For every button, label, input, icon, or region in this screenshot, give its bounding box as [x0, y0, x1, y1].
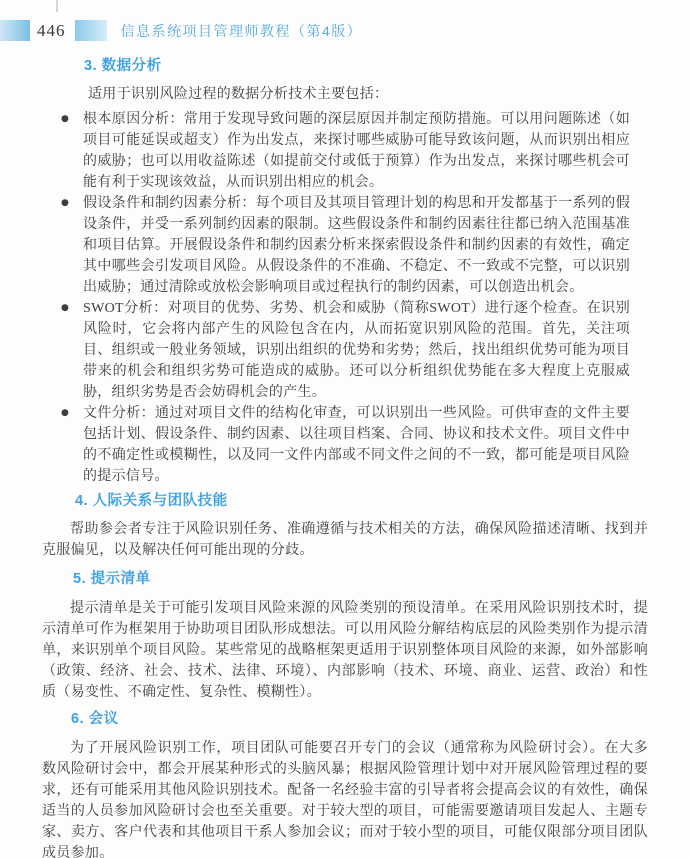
header-band-left — [0, 20, 30, 41]
bullet-icon: ● — [61, 403, 69, 424]
list-item-document-analysis: ● 文件分析：通过对项目文件的结构化审查，可以识别出一些风险。可供审查的文件主要… — [60, 403, 630, 487]
section-prompt-list: 5. 提示清单 提示清单是关于可能引发项目风险来源的风险类别的预设清单。在采用风… — [0, 569, 690, 703]
book-title: 信息系统项目管理师教程（第4版） — [121, 21, 363, 41]
meetings-paragraph: 为了开展风险识别工作，项目团队可能要召开专门的会议（通常称为风险研讨会）。在大多… — [42, 738, 648, 858]
page-header: 446 信息系统项目管理师教程（第4版） — [0, 20, 690, 41]
list-item-text: 假设条件和制约因素分析：每个项目及其项目管理计划的构思和开发都基于一系列的假设条… — [83, 196, 630, 295]
list-item-text: SWOT分析：对项目的优势、劣势、机会和威胁（简称SWOT）进行逐个检查。在识别… — [83, 301, 630, 400]
section-heading-meetings: 6. 会议 — [71, 709, 648, 730]
section-interpersonal-team-skills: 4. 人际关系与团队技能 帮助参会者专注于风险识别任务、准确遵循与技术相关的方法… — [0, 491, 690, 561]
section-heading-data-analysis: 3. 数据分析 — [84, 56, 630, 77]
list-item-text: 根本原因分析：常用于发现导致问题的深层原因并制定预防措施。可以用问题陈述（如项目… — [83, 112, 630, 190]
page-body: 3. 数据分析 适用于识别风险过程的数据分析技术主要包括： ● 根本原因分析：常… — [0, 56, 690, 858]
list-item-swot: ● SWOT分析：对项目的优势、劣势、机会和威胁（简称SWOT）进行逐个检查。在… — [60, 298, 630, 403]
data-analysis-list: ● 根本原因分析：常用于发现导致问题的深层原因并制定预防措施。可以用问题陈述（如… — [60, 109, 630, 487]
section-heading-prompt-list: 5. 提示清单 — [73, 569, 648, 590]
list-item-text: 文件分析：通过对项目文件的结构化审查，可以识别出一些风险。可供审查的文件主要包括… — [83, 406, 630, 484]
list-item-root-cause: ● 根本原因分析：常用于发现导致问题的深层原因并制定预防措施。可以用问题陈述（如… — [60, 109, 630, 193]
prompt-list-paragraph: 提示清单是关于可能引发项目风险来源的风险类别的预设清单。在采用风险识别技术时，提… — [42, 598, 648, 703]
bullet-icon: ● — [61, 193, 69, 214]
header-band-right — [75, 20, 107, 41]
data-analysis-intro: 适用于识别风险过程的数据分析技术主要包括： — [60, 84, 630, 105]
interpersonal-paragraph: 帮助参会者专注于风险识别任务、准确遵循与技术相关的方法，确保风险描述清晰、找到并… — [42, 519, 648, 561]
bullet-icon: ● — [61, 109, 69, 130]
section-heading-interpersonal: 4. 人际关系与团队技能 — [75, 491, 648, 512]
section-meetings: 6. 会议 为了开展风险识别工作，项目团队可能要召开专门的会议（通常称为风险研讨… — [0, 709, 690, 858]
page-number: 446 — [37, 21, 66, 41]
list-item-assumptions-constraints: ● 假设条件和制约因素分析：每个项目及其项目管理计划的构思和开发都基于一系列的假… — [60, 193, 630, 298]
scan-edge-artifact — [56, 0, 58, 12]
bullet-icon: ● — [61, 298, 69, 319]
section-data-analysis: 3. 数据分析 适用于识别风险过程的数据分析技术主要包括： ● 根本原因分析：常… — [0, 56, 690, 487]
